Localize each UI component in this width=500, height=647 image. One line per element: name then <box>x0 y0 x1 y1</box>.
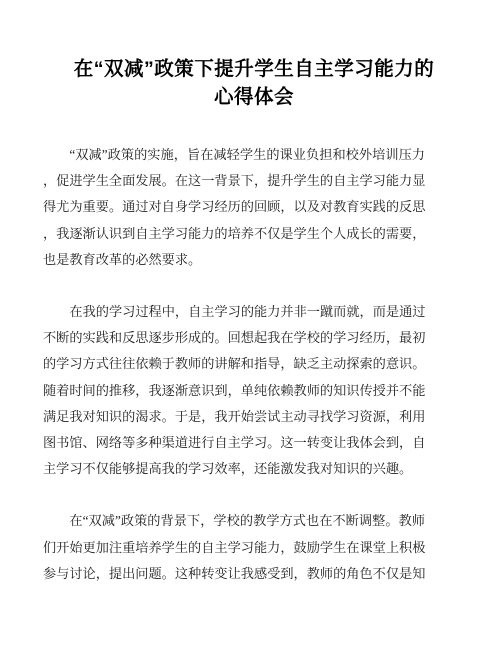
text-line: 随着时间的推移，我逐渐意识到，单纯依赖教师的知识传授并不能 <box>43 378 425 404</box>
text-line: 们开始更加注重培养学生的自主学习能力，鼓励学生在课堂上积极 <box>43 535 425 561</box>
title-line: 心得体会 <box>63 83 445 111</box>
title-line: 在“双减”政策下提升学生自主学习能力的 <box>63 55 445 83</box>
text-line: ，我逐渐认识到自主学习能力的培养不仅是学生个人成长的需要， <box>43 221 425 247</box>
paragraph: 在我的学习过程中，自主学习的能力并非一蹴而就，而是通过不断的实践和反思逐步形成的… <box>43 299 425 482</box>
document-body: “双减”政策的实施，旨在减轻学生的课业负担和校外培训压力，促进学生全面发展。在这… <box>43 142 425 587</box>
text-line: ，促进学生全面发展。在这一背景下，提升学生的自主学习能力显 <box>43 168 425 194</box>
text-line: 主学习不仅能够提高我的学习效率，还能激发我对知识的兴趣。 <box>43 456 425 482</box>
text-line: 满足我对知识的渴求。于是，我开始尝试主动寻找学习资源，利用 <box>43 404 425 430</box>
text-line: 也是教育改革的必然要求。 <box>43 247 425 273</box>
document-page: 在“双减”政策下提升学生自主学习能力的心得体会 “双减”政策的实施，旨在减轻学生… <box>0 0 500 647</box>
paragraph: 在“双减”政策的背景下，学校的教学方式也在不断调整。教师们开始更加注重培养学生的… <box>43 508 425 587</box>
text-line: 参与讨论，提出问题。这种转变让我感受到，教师的角色不仅是知 <box>43 561 425 587</box>
text-line: 图书馆、网络等多种渠道进行自主学习。这一转变让我体会到，自 <box>43 430 425 456</box>
paragraph: “双减”政策的实施，旨在减轻学生的课业负担和校外培训压力，促进学生全面发展。在这… <box>43 142 425 273</box>
text-line: 在我的学习过程中，自主学习的能力并非一蹴而就，而是通过 <box>43 299 425 325</box>
text-line: “双减”政策的实施，旨在减轻学生的课业负担和校外培训压力 <box>43 142 425 168</box>
text-line: 在“双减”政策的背景下，学校的教学方式也在不断调整。教师 <box>43 508 425 534</box>
document-title: 在“双减”政策下提升学生自主学习能力的心得体会 <box>63 55 445 111</box>
text-line: 不断的实践和反思逐步形成的。回想起我在学校的学习经历，最初 <box>43 325 425 351</box>
text-line: 的学习方式往往依赖于教师的讲解和指导，缺乏主动探索的意识。 <box>43 351 425 377</box>
text-line: 得尤为重要。通过对自身学习经历的回顾，以及对教育实践的反思 <box>43 194 425 220</box>
